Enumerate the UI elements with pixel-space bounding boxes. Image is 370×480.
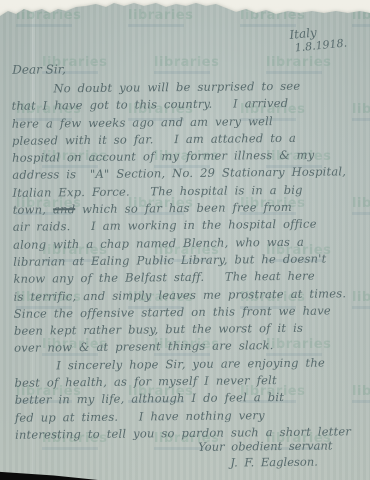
- letter-line: address is "A" Section, No. 29 Stationar…: [12, 164, 363, 185]
- letter-line: air raids. I am working in the hospital …: [13, 216, 364, 237]
- letter-paper: librarieslibrarieslibrarieslibrarieslibr…: [0, 0, 370, 480]
- letter-closing: Your obedient servant: [198, 438, 332, 453]
- letter-content: Italy 1.8.1918. Dear Sir, No doubt you w…: [0, 0, 370, 480]
- struck-word: and: [53, 202, 75, 216]
- paper-wrap: librarieslibrarieslibrarieslibrarieslibr…: [0, 0, 370, 480]
- scanned-letter: librarieslibrarieslibrarieslibrarieslibr…: [0, 0, 370, 480]
- letter-signature: J. F. Eagleson.: [230, 455, 318, 470]
- letter-salutation: Dear Sir,: [12, 62, 66, 77]
- letter-heading: Italy 1.8.1918.: [289, 21, 361, 55]
- letter-body: No doubt you will be surprised to seetha…: [11, 77, 366, 444]
